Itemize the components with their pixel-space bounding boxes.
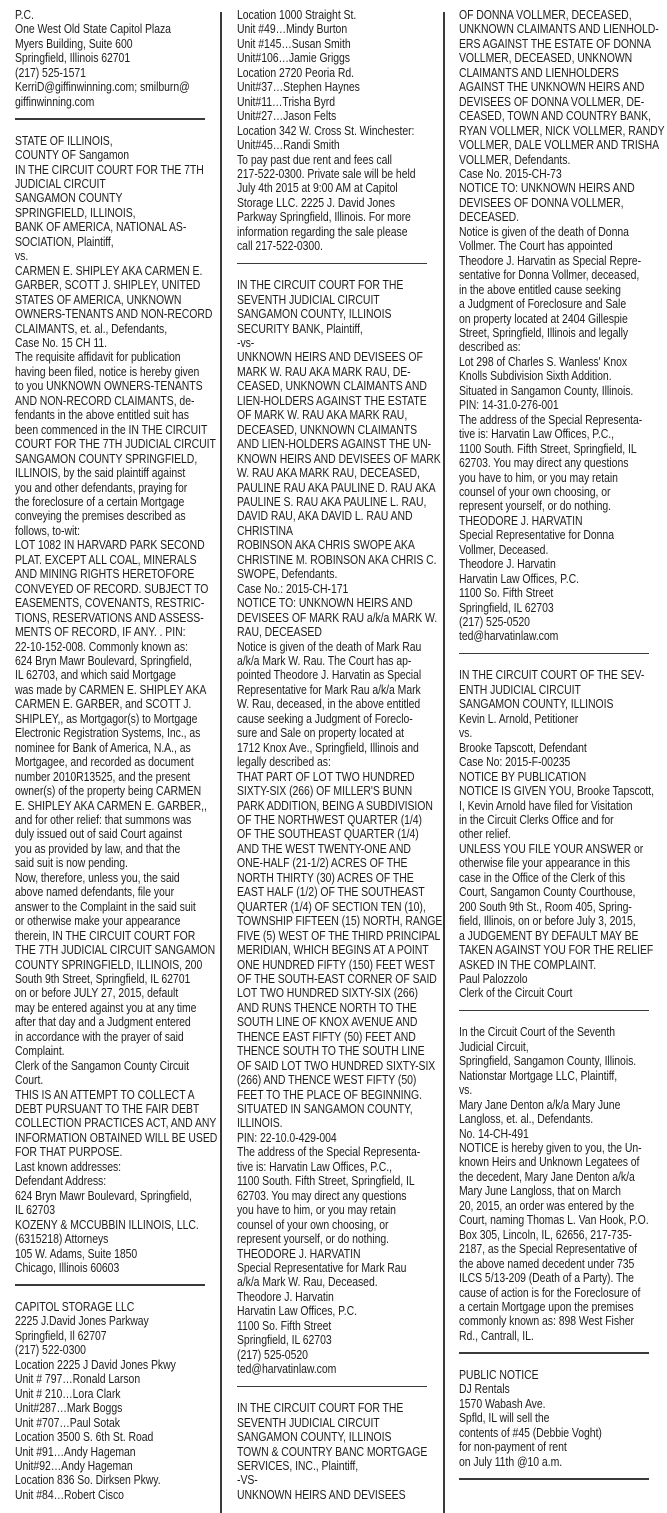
notice-text-line: Parkway Springfield, Illinois. For more [237, 210, 408, 224]
notice-text-line: on July 11th @10 a.m. [459, 1455, 632, 1469]
notice-text-line: Defendant Address: [15, 1174, 185, 1188]
notice-text-line: SANGAMON COUNTY, ILLINOIS [459, 697, 632, 711]
notice-text-line: Box 305, Lincoln, IL, 62656, 217-735- [459, 1228, 632, 1242]
notice-text-line: Clerk of the Sangamon County Circuit [15, 1059, 185, 1073]
notice-text-line: Location 2225 J David Jones Pkwy [15, 1358, 185, 1372]
notice-text-line: DECEASED, UNKNOWN CLAIMANTS [237, 423, 408, 437]
notice-text-line: AGAINST THE UNKNOWN HEIRS AND [459, 80, 632, 94]
notice-text-line: Harvatin Law Offices, P.C. [237, 1304, 408, 1318]
notice-text-line: Unit #707…Paul Sotak [15, 1416, 185, 1430]
notice-text-line: the above named decedent under 735 [459, 1257, 632, 1271]
notice-text-line: The address of the Special Representa- [459, 413, 632, 427]
notice-text-line: Notice is given of the death of Mark Rau [237, 640, 408, 654]
notice-text-line: BANK OF AMERICA, NATIONAL AS- [15, 220, 185, 234]
notice-text-line: (217) 525-0520 [237, 1348, 408, 1362]
notice-text-line: to you UNKNOWN OWNERS-TENANTS [15, 379, 185, 393]
notice-text-line: number 2010R13525, and the present [15, 770, 185, 784]
notice-text-line: Location 1000 Straight St. [237, 8, 408, 22]
notice-text-line: Spfld, IL will sell the [459, 1411, 632, 1425]
notice-separator-rule [459, 1352, 649, 1354]
notice-text-line: follows, to-wit: [15, 524, 185, 538]
notice-text-line: Special Representative for Mark Rau [237, 1261, 408, 1275]
notice-text-line: 62703. You may direct any questions [459, 456, 632, 470]
notice-text-line: Rd., Cantrall, IL. [459, 1329, 632, 1343]
notice-text-line: JUDICIAL CIRCUIT [15, 177, 185, 191]
legal-notice-capitol-storage-sale-part2: Location 1000 Straight St.Unit #49…Mindy… [237, 8, 443, 254]
notice-text-line: THE 7TH JUDICIAL CIRCUIT SANGAMON [15, 943, 185, 957]
notice-text-line: answer to the Complaint in the said suit [15, 900, 185, 914]
notice-text-line: THAT PART OF LOT TWO HUNDRED [237, 770, 408, 784]
notice-text-line: SANGAMON COUNTY [15, 191, 185, 205]
notice-text-line: Judicial Circuit, [459, 1040, 632, 1054]
notice-text-line: SWOPE, Defendants. [237, 567, 408, 581]
legal-notice-dj-rentals-public-notice: PUBLIC NOTICEDJ Rentals1570 Wabash Ave.S… [459, 1368, 667, 1469]
notice-text-line: OF THE NORTHWEST QUARTER (1/4) [237, 813, 408, 827]
notice-text-line: Case No. 15 CH 11. [15, 336, 185, 350]
notice-separator-rule [459, 1010, 649, 1012]
notice-text-line: TIONS, RESERVATIONS AND ASSESS- [15, 611, 185, 625]
notice-text-line: duly issued out of said Court against [15, 827, 185, 841]
notice-text-line: One West Old State Capitol Plaza [15, 22, 185, 36]
notice-text-line: LOT TWO HUNDRED SIXTY-SIX (266) [237, 986, 408, 1000]
notice-text-line: COUNTY OF Sangamon [15, 148, 185, 162]
notice-text-line: SANGAMON COUNTY SPRINGFIELD, [15, 452, 185, 466]
notice-text-line: AND NON-RECORD CLAIMANTS, de- [15, 394, 185, 408]
notice-text-line: been commenced in the IN THE CIRCUIT [15, 423, 185, 437]
notice-text-line: Brooke Tapscott, Defendant [459, 741, 632, 755]
notice-text-line: cause seeking a Judgment of Foreclo- [237, 712, 408, 726]
notice-text-line: 624 Bryn Mawr Boulevard, Springfield, [15, 654, 185, 668]
notice-text-line: ASKED IN THE COMPLAINT. [459, 958, 632, 972]
notice-text-line: SANGAMON COUNTY, ILLINOIS [237, 1430, 408, 1444]
notice-text-line: a Judgment of Foreclosure and Sale [459, 297, 632, 311]
notice-separator-rule [459, 653, 649, 655]
notice-text-line: Mortgagee, and recorded as document [15, 755, 185, 769]
notice-text-line: (266) AND THENCE WEST FIFTY (50) [237, 1073, 408, 1087]
notice-text-line: South 9th Street, Springfield, IL 62701 [15, 972, 185, 986]
notice-text-line: THENCE SOUTH TO THE SOUTH LINE [237, 1044, 408, 1058]
notice-text-line: (6315218) Attorneys [15, 1232, 185, 1246]
notice-text-line: Springfield, IL 62703 [459, 601, 632, 615]
notice-text-line: E. SHIPLEY AKA CARMEN E. GARBER,, [15, 799, 185, 813]
notice-text-line: CAPITOL STORAGE LLC [15, 1300, 185, 1314]
notice-text-line: UNLESS YOU FILE YOUR ANSWER or [459, 842, 632, 856]
notice-text-line: Street, Springfield, Illinois and legall… [459, 326, 632, 340]
notice-text-line: commonly known as: 898 West Fisher [459, 1314, 632, 1328]
notice-text-line: Langloss, et. al., Defendants. [459, 1112, 632, 1126]
notice-text-line: EASEMENTS, COVENANTS, RESTRIC- [15, 596, 185, 610]
notice-text-line: AND MINING RIGHTS HERETOFORE [15, 567, 185, 581]
notice-text-line: Unit#92…Andy Hageman [15, 1459, 185, 1473]
notice-text-line: Myers Building, Suite 600 [15, 37, 185, 51]
notice-text-line: OF THE SOUTH-EAST CORNER OF SAID [237, 972, 408, 986]
notice-text-line: Kevin L. Arnold, Petitioner [459, 712, 632, 726]
notice-text-line: PIN: 14-31.0-276-001 [459, 398, 632, 412]
notice-text-line: AND THE WEST TWENTY-ONE AND [237, 842, 408, 856]
notice-text-line: CARMEN E. SHIPLEY AKA CARMEN E. [15, 264, 185, 278]
notice-text-line: SERVICES, INC., Plaintiff, [237, 1459, 408, 1473]
notice-text-line: IL 62703, and which said Mortgage [15, 668, 185, 682]
notice-text-line: PAULINE RAU AKA PAULINE D. RAU AKA [237, 481, 408, 495]
notice-text-line: 2187, as the Special Representative of [459, 1242, 632, 1256]
notice-text-line: Unit#37…Stephen Haynes [237, 80, 408, 94]
notice-text-line: Case No.: 2015-CH-171 [237, 582, 408, 596]
notice-text-line: STATES OF AMERICA, UNKNOWN [15, 293, 185, 307]
notice-text-line: Mary Jane Denton a/k/a Mary June [459, 1098, 632, 1112]
notice-text-line: Court. [15, 1073, 185, 1087]
notice-text-line: Unit #91…Andy Hageman [15, 1445, 185, 1459]
notice-text-line: or otherwise make your appearance [15, 914, 185, 928]
legal-notice-denton-langloss-foreclosure: In the Circuit Court of the SeventhJudic… [459, 1025, 667, 1343]
notice-text-line: Unit#27…Jason Felts [237, 109, 408, 123]
notice-text-line: PIN: 22-10.0-429-004 [237, 1131, 408, 1145]
notice-text-line: DEVISEES OF MARK RAU a/k/a MARK W. [237, 611, 408, 625]
notice-text-line: vs. [15, 249, 185, 263]
notice-text-line: SHIPLEY,, as Mortgagor(s) to Mortgage [15, 712, 185, 726]
notice-text-line: Unit #49…Mindy Burton [237, 22, 408, 36]
notice-text-line: OF SAID LOT TWO HUNDRED SIXTY-SIX [237, 1059, 408, 1073]
notice-text-line: NOTICE TO: UNKNOWN HEIRS AND [459, 181, 632, 195]
notice-text-line: after that day and a Judgment entered [15, 1015, 185, 1029]
notice-text-line: IN THE CIRCUIT COURT FOR THE [237, 278, 408, 292]
notice-text-line: THEODORE J. HARVATIN [459, 514, 632, 528]
notice-text-line: SITUATED IN SANGAMON COUNTY, [237, 1102, 408, 1116]
notice-text-line: 22-10-152-008. Commonly known as: [15, 640, 185, 654]
notice-text-line: OF THE SOUTHEAST QUARTER (1/4) [237, 827, 408, 841]
notice-text-line: information regarding the sale please [237, 225, 408, 239]
notice-text-line: Springfield, IL 62703 [237, 1333, 408, 1347]
notice-text-line: KerriD@giffinwinning.com; smilburn@ [15, 80, 185, 94]
notice-text-line: DAVID RAU, AKA DAVID L. RAU AND [237, 509, 408, 523]
notice-text-line: ted@harvatinlaw.com [459, 629, 632, 643]
notice-text-line: (217) 522-0300 [15, 1343, 185, 1357]
notice-text-line: may be entered against you at any time [15, 1001, 185, 1015]
notice-text-line: sentative for Donna Vollmer, deceased, [459, 268, 632, 282]
notice-text-line: DECEASED. [459, 210, 632, 224]
notice-text-line: LOT 1082 IN HARVARD PARK SECOND [15, 538, 185, 552]
notice-text-line: No. 14-CH-491 [459, 1127, 632, 1141]
notice-text-line: VOLLMER, Defendants. [459, 153, 632, 167]
notice-text-line: Situated in Sangamon County, Illinois. [459, 384, 632, 398]
notice-text-line: KNOWN HEIRS AND DEVISEES OF MARK [237, 452, 408, 466]
notice-text-line: legally described as: [237, 755, 408, 769]
legal-notice-vollmer-foreclosure-part2: OF DONNA VOLLMER, DECEASED,UNKNOWN CLAIM… [459, 8, 667, 644]
notice-text-line: ILLINOIS. [237, 1116, 408, 1130]
notice-text-line: UNKNOWN HEIRS AND DEVISEES OF [237, 350, 408, 364]
notice-text-line: you as provided by law, and that the [15, 842, 185, 856]
notice-text-line: owner(s) of the property being CARMEN [15, 784, 185, 798]
notice-text-line: 1712 Knox Ave., Springfield, Illinois an… [237, 741, 408, 755]
notice-text-line: a certain Mortgage upon the premises [459, 1300, 632, 1314]
notice-text-line: Vollmer. The Court has appointed [459, 239, 632, 253]
notice-text-line: Lot 298 of Charles S. Wanless' Knox [459, 355, 632, 369]
notice-text-line: LIEN-HOLDERS AGAINST THE ESTATE [237, 394, 408, 408]
notice-text-line: ILLINOIS, by the said plaintiff against [15, 466, 185, 480]
notice-separator-rule [237, 263, 427, 265]
notice-text-line: on or before JULY 27, 2015, default [15, 986, 185, 1000]
notice-text-line: 1100 South. Fifth Street, Springfield, I… [459, 442, 632, 456]
notice-text-line: In the Circuit Court of the Seventh [459, 1025, 632, 1039]
notice-text-line: you have to him, or you may retain [459, 471, 632, 485]
notice-text-line: Unit #84…Robert Cisco [15, 1488, 185, 1502]
notice-text-line: UNKNOWN HEIRS AND DEVISEES [237, 1488, 408, 1502]
notice-text-line: -vs- [237, 336, 408, 350]
notice-text-line: PUBLIC NOTICE [459, 1368, 632, 1382]
notice-text-line: COURT FOR THE 7TH JUDICIAL CIRCUIT [15, 437, 185, 451]
notice-text-line: FEET TO THE PLACE OF BEGINNING. [237, 1088, 408, 1102]
notice-text-line: Storage LLC. 2225 J. David Jones [237, 196, 408, 210]
notice-text-line: Unit #145…Susan Smith [237, 37, 408, 51]
notice-text-line: SECURITY BANK, Plaintiff, [237, 322, 408, 336]
notice-text-line: tive is: Harvatin Law Offices, P.C., [459, 427, 632, 441]
notice-text-line: therein, IN THE CIRCUIT COURT FOR [15, 929, 185, 943]
notice-text-line: Mary June Langloss, that on March [459, 1184, 632, 1198]
notice-text-line: SOUTH LINE OF KNOX AVENUE AND [237, 1015, 408, 1029]
legal-notices-page: P.C.One West Old State Capitol PlazaMyer… [0, 0, 667, 1513]
notice-text-line: conveying the premises described as [15, 509, 185, 523]
notice-text-line: Clerk of the Circuit Court [459, 986, 632, 1000]
notice-text-line: ted@harvatinlaw.com [237, 1362, 408, 1376]
notice-text-line: SOCIATION, Plaintiff, [15, 235, 185, 249]
notice-text-line: a/k/a Mark W. Rau, Deceased. [237, 1275, 408, 1289]
notice-text-line: Springfield, Il 62707 [15, 1329, 185, 1343]
notice-text-line: THEODORE J. HARVATIN [237, 1247, 408, 1261]
notice-text-line: Location 2720 Peoria Rd. [237, 66, 408, 80]
notice-separator-rule [237, 1386, 427, 1388]
notice-text-line: a/k/a Mark W. Rau. The Court has ap- [237, 654, 408, 668]
notice-text-line: 2225 J.David Jones Parkway [15, 1314, 185, 1328]
notice-text-line: VOLLMER, DALE VOLLMER AND TRISHA [459, 138, 632, 152]
notice-text-line: THIS IS AN ATTEMPT TO COLLECT A [15, 1088, 185, 1102]
notice-text-line: Electronic Registration Systems, Inc., a… [15, 726, 185, 740]
notice-text-line: otherwise file your appearance in this [459, 856, 632, 870]
notice-text-line: 105 W. Adams, Suite 1850 [15, 1247, 185, 1261]
notice-text-line: PLAT. EXCEPT ALL COAL, MINERALS [15, 553, 185, 567]
notice-text-line: in the above entitled cause seeking [459, 283, 632, 297]
notice-text-line: ONE HUNDRED FIFTY (150) FEET WEST [237, 958, 408, 972]
notice-text-line: The requisite affidavit for publication [15, 350, 185, 364]
notice-text-line: a JUDGEMENT BY DEFAULT MAY BE [459, 929, 632, 943]
notice-text-line: on property located at 2404 Gillespie [459, 312, 632, 326]
notice-text-line: Nationstar Mortgage LLC, Plaintiff, [459, 1069, 632, 1083]
notice-text-line: CONVEYED OF RECORD. SUBJECT TO [15, 582, 185, 596]
notice-text-line: I, Kevin Arnold have filed for Visitatio… [459, 799, 632, 813]
notice-text-line: tive is: Harvatin Law Offices, P.C., [237, 1160, 408, 1174]
notice-text-line: SEVENTH JUDICIAL CIRCUIT [237, 293, 408, 307]
notice-text-line: COUNTY SPRINGFIELD, ILLINOIS, 200 [15, 958, 185, 972]
notice-text-line: OWNERS-TENANTS AND NON-RECORD [15, 307, 185, 321]
notice-text-line: COLLECTION PRACTICES ACT, AND ANY [15, 1116, 185, 1130]
notice-text-line: Paul Palozzolo [459, 972, 632, 986]
notice-text-line: Knolls Subdivision Sixth Addition. [459, 369, 632, 383]
notice-text-line: SEVENTH JUDICIAL CIRCUIT [237, 1416, 408, 1430]
notice-text-line: 200 South 9th St., Room 405, Spring- [459, 900, 632, 914]
notice-text-line: you and other defendants, praying for [15, 481, 185, 495]
notice-text-line: (217) 525-0520 [459, 615, 632, 629]
notice-text-line: MERIDIAN, WHICH BEGINS AT A POINT [237, 943, 408, 957]
notice-text-line: TAKEN AGAINST YOU FOR THE RELIEF [459, 943, 632, 957]
notice-text-line: ENTH JUDICIAL CIRCUIT [459, 683, 632, 697]
notice-text-line: call 217-522-0300. [237, 239, 408, 253]
legal-notice-capitol-storage-sale-part1: CAPITOL STORAGE LLC2225 J.David Jones Pa… [15, 1300, 220, 1502]
notice-text-line: pointed Theodore J. Harvatin as Special [237, 668, 408, 682]
notice-text-line: Court, naming Thomas L. Van Hook, P.O. [459, 1213, 632, 1227]
notice-text-line: Complaint. [15, 1044, 185, 1058]
notice-text-line: the foreclosure of a certain Mortgage [15, 495, 185, 509]
legal-notice-rau-foreclosure: IN THE CIRCUIT COURT FOR THESEVENTH JUDI… [237, 278, 443, 1376]
notice-separator-rule [15, 118, 205, 120]
notice-text-line: Theodore J. Harvatin [237, 1290, 408, 1304]
notice-text-line: contents of #45 (Debbie Voght) [459, 1426, 632, 1440]
notice-text-line: NOTICE IS GIVEN YOU, Brooke Tapscott, [459, 784, 632, 798]
notice-text-line: you have to him, or you may retain [237, 1203, 408, 1217]
notice-text-line: field, Illinois, on or before July 3, 20… [459, 914, 632, 928]
notice-text-line: DEVISEES OF DONNA VOLLMER, DE- [459, 95, 632, 109]
legal-notice-shipley-foreclosure: STATE OF ILLINOIS,COUNTY OF SangamonIN T… [15, 134, 220, 1276]
notice-text-line: CEASED, TOWN AND COUNTRY BANK, [459, 109, 632, 123]
notice-text-line: GARBER, SCOTT J. SHIPLEY, UNITED [15, 278, 185, 292]
notice-text-line: To pay past due rent and fees call [237, 153, 408, 167]
notice-text-line: Unit # 210…Lora Clark [15, 1387, 185, 1401]
notice-text-line: Notice is given of the death of Donna [459, 225, 632, 239]
notice-text-line: THENCE EAST FIFTY (50) FEET AND [237, 1030, 408, 1044]
notice-text-line: vs. [459, 726, 632, 740]
notice-text-line: NOTICE TO: UNKNOWN HEIRS AND [237, 596, 408, 610]
column-1: P.C.One West Old State Capitol PlazaMyer… [0, 0, 220, 1513]
notice-text-line: STATE OF ILLINOIS, [15, 134, 185, 148]
legal-notice-vollmer-foreclosure-part1: IN THE CIRCUIT COURT FOR THESEVENTH JUDI… [237, 1401, 443, 1502]
notice-text-line: 20, 2015, an order was entered by the [459, 1199, 632, 1213]
notice-text-line: said suit is now pending. [15, 856, 185, 870]
notice-separator-rule [15, 1284, 205, 1286]
notice-text-line: CHRISTINA [237, 524, 408, 538]
notice-text-line: Unit # 797…Ronald Larson [15, 1372, 185, 1386]
notice-text-line: Unit#45…Randi Smith [237, 138, 408, 152]
notice-text-line: and for other relief: that summons was [15, 813, 185, 827]
notice-text-line: known Heirs and Unknown Legatees of [459, 1155, 632, 1169]
notice-text-line: RYAN VOLLMER, NICK VOLLMER, RANDY [459, 124, 632, 138]
notice-text-line: The address of the Special Representa- [237, 1145, 408, 1159]
notice-text-line: NOTICE BY PUBLICATION [459, 770, 632, 784]
notice-text-line: NOTICE is hereby given to you, the Un- [459, 1141, 632, 1155]
notice-text-line: P.C. [15, 8, 185, 22]
notice-text-line: Case No: 2015-F-00235 [459, 755, 632, 769]
notice-text-line: 62703. You may direct any questions [237, 1189, 408, 1203]
notice-text-line: IN THE CIRCUIT COURT FOR THE [237, 1401, 408, 1415]
notice-text-line: 217-522-0300. Private sale will be held [237, 167, 408, 181]
notice-text-line: DEBT PURSUANT TO THE FAIR DEBT [15, 1102, 185, 1116]
notice-text-line: RAU, DECEASED [237, 625, 408, 639]
notice-text-line: CEASED, UNKNOWN CLAIMANTS AND [237, 379, 408, 393]
notice-text-line: Harvatin Law Offices, P.C. [459, 572, 632, 586]
notice-text-line: Special Representative for Donna [459, 528, 632, 542]
notice-text-line: Unit#106…Jamie Griggs [237, 51, 408, 65]
column-3: OF DONNA VOLLMER, DECEASED,UNKNOWN CLAIM… [444, 0, 667, 1513]
notice-text-line: VOLLMER, DECEASED, UNKNOWN [459, 51, 632, 65]
notice-text-line: for non-payment of rent [459, 1440, 632, 1454]
notice-text-line: MENTS OF RECORD, IF ANY. . PIN: [15, 625, 185, 639]
notice-text-line: SPRINGFIELD, ILLINOIS, [15, 206, 185, 220]
notice-text-line: 624 Bryn Mawr Boulevard, Springfield, [15, 1189, 185, 1203]
notice-text-line: KOZENY & MCCUBBIN ILLINOIS, LLC. [15, 1218, 185, 1232]
notice-text-line: having been filed, notice is hereby give… [15, 365, 185, 379]
notice-text-line: Location 342 W. Cross St. Winchester: [237, 124, 408, 138]
notice-text-line: SANGAMON COUNTY, ILLINOIS [237, 307, 408, 321]
notice-text-line: EAST HALF (1/2) OF THE SOUTHEAST [237, 885, 408, 899]
notice-text-line: 1100 So. Fifth Street [459, 586, 632, 600]
notice-text-line: Springfield, Illinois 62701 [15, 51, 185, 65]
notice-text-line: fendants in the above entitled suit has [15, 408, 185, 422]
notice-text-line: sure and Sale on property located at [237, 726, 408, 740]
notice-text-line: FIVE (5) WEST OF THE THIRD PRINCIPAL [237, 929, 408, 943]
notice-text-line: counsel of your own choosing, or [237, 1218, 408, 1232]
notice-text-line: Court, Sangamon County Courthouse, [459, 885, 632, 899]
notice-text-line: DJ Rentals [459, 1382, 632, 1396]
notice-text-line: July 4th 2015 at 9:00 AM at Capitol [237, 181, 408, 195]
column-2: Location 1000 Straight St.Unit #49…Mindy… [222, 0, 443, 1513]
notice-text-line: IN THE CIRCUIT COURT OF THE SEV- [459, 668, 632, 682]
notice-text-line: case in the Office of the Clerk of this [459, 871, 632, 885]
notice-text-line: OF MARK W. RAU AKA MARK RAU, [237, 408, 408, 422]
notice-text-line: Unit#11…Trisha Byrd [237, 95, 408, 109]
notice-text-line: ONE-HALF (21-1/2) ACRES OF THE [237, 856, 408, 870]
notice-text-line: the decedent, Mary Jane Denton a/k/a [459, 1170, 632, 1184]
notice-text-line: Now, therefore, unless you, the said [15, 871, 185, 885]
notice-text-line: -VS- [237, 1473, 408, 1487]
notice-text-line: represent yourself, or do nothing. [459, 499, 632, 513]
notice-text-line: IN THE CIRCUIT COURT FOR THE 7TH [15, 163, 185, 177]
notice-text-line: ROBINSON AKA CHRIS SWOPE AKA [237, 538, 408, 552]
notice-text-line: Springfield, Sangamon County, Illinois. [459, 1054, 632, 1068]
notice-text-line: QUARTER (1/4) OF SECTION TEN (10), [237, 900, 408, 914]
legal-notice-giffin-winning-address-tail: P.C.One West Old State Capitol PlazaMyer… [15, 8, 220, 109]
notice-text-line: giffinwinning.com [15, 95, 185, 109]
notice-text-line: vs. [459, 1083, 632, 1097]
notice-text-line: (217) 525-1571 [15, 66, 185, 80]
notice-text-line: DEVISEES OF DONNA VOLLMER, [459, 196, 632, 210]
notice-text-line: cause of action is for the Foreclosure o… [459, 1286, 632, 1300]
notice-text-line: SIXTY-SIX (266) OF MILLER'S BUNN [237, 784, 408, 798]
notice-text-line: Chicago, Illinois 60603 [15, 1261, 185, 1275]
notice-separator-rule [459, 1478, 649, 1480]
notice-text-line: ILCS 5/13-209 (Death of a Party). The [459, 1271, 632, 1285]
notice-text-line: Last known addresses: [15, 1160, 185, 1174]
notice-text-line: CHRISTINE M. ROBINSON AKA CHRIS C. [237, 553, 408, 567]
notice-text-line: Vollmer, Deceased. [459, 543, 632, 557]
notice-text-line: counsel of your own choosing, or [459, 485, 632, 499]
notice-text-line: in accordance with the prayer of said [15, 1030, 185, 1044]
notice-text-line: PAULINE S. RAU AKA PAULINE L. RAU, [237, 495, 408, 509]
notice-text-line: Theodore J. Harvatin [459, 557, 632, 571]
notice-text-line: NORTH THIRTY (30) ACRES OF THE [237, 871, 408, 885]
notice-text-line: represent yourself, or do nothing. [237, 1232, 408, 1246]
notice-text-line: FOR THAT PURPOSE. [15, 1145, 185, 1159]
notice-text-line: AND RUNS THENCE NORTH TO THE [237, 1001, 408, 1015]
notice-text-line: OF DONNA VOLLMER, DECEASED, [459, 8, 632, 22]
notice-text-line: Location 836 So. Dirksen Pkwy. [15, 1473, 185, 1487]
notice-text-line: PARK ADDITION, BEING A SUBDIVISION [237, 799, 408, 813]
notice-text-line: 1100 South. Fifth Street, Springfield, I… [237, 1174, 408, 1188]
notice-text-line: CARMEN E. GARBER, and SCOTT J. [15, 697, 185, 711]
notice-text-line: Case No. 2015-CH-73 [459, 167, 632, 181]
notice-text-line: INFORMATION OBTAINED WILL BE USED [15, 1131, 185, 1145]
notice-text-line: AND LIEN-HOLDERS AGAINST THE UN- [237, 437, 408, 451]
notice-text-line: Theodore J. Harvatin as Special Repre- [459, 254, 632, 268]
notice-text-line: UNKNOWN CLAIMANTS AND LIENHOLD- [459, 22, 632, 36]
notice-text-line: Location 3500 S. 6th St. Road [15, 1430, 185, 1444]
notice-text-line: CLAIMANTS, et. al., Defendants, [15, 322, 185, 336]
notice-text-line: W. RAU AKA MARK RAU, DECEASED, [237, 466, 408, 480]
